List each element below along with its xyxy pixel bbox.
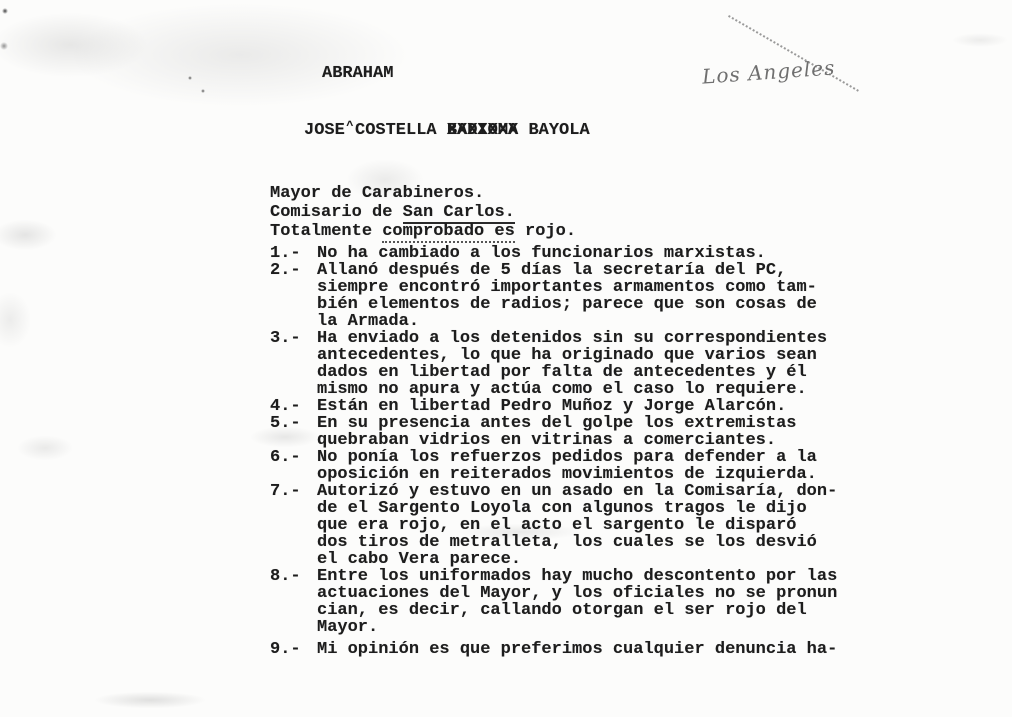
rank-line: Mayor de Carabineros. bbox=[270, 184, 837, 203]
text-line: actuaciones del Mayor, y los oficiales n… bbox=[317, 585, 837, 602]
title-block: Mayor de Carabineros. Comisario de San C… bbox=[270, 184, 837, 241]
text-line: siempre encontró importantes armamentos … bbox=[317, 279, 817, 296]
item-text: Entre los uniformados hay mucho desconte… bbox=[317, 568, 837, 636]
item-number: 3.- bbox=[270, 330, 317, 398]
document-content: ABRAHAM JOSE^COSTELLA BADIOMAXXXXXXX BAY… bbox=[270, 26, 837, 658]
text-line: de el Sargento Loyola con algunos tragos… bbox=[317, 500, 837, 517]
verdict-line: Totalmente comprobado es rojo. bbox=[270, 222, 837, 241]
verdict-underlined: comprobado es bbox=[382, 222, 515, 243]
text-line: antecedentes, lo que ha originado que va… bbox=[317, 347, 827, 364]
text-line: oposición en reiterados movimientos de i… bbox=[317, 466, 817, 483]
underlined-place: San Carlos. bbox=[403, 203, 515, 224]
list-item: 5.-En su presencia antes del golpe los e… bbox=[270, 415, 837, 449]
text-line: bién elementos de radios; parece que son… bbox=[317, 296, 817, 313]
item-number: 7.- bbox=[270, 483, 317, 568]
item-text: Están en libertad Pedro Muñoz y Jorge Al… bbox=[317, 398, 786, 415]
text-line: No ponía los refuerzos pedidos para defe… bbox=[317, 449, 817, 466]
inserted-name: ABRAHAM bbox=[322, 64, 837, 83]
text-line: el cabo Vera parece. bbox=[317, 551, 837, 568]
last-name: BAYOLA bbox=[528, 121, 589, 140]
name-line: JOSE^COSTELLA BADIOMAXXXXXXX BAYOLA bbox=[304, 121, 837, 141]
text-line: la Armada. bbox=[317, 313, 817, 330]
item-text: En su presencia antes del golpe los extr… bbox=[317, 415, 796, 449]
list-item: 9.-Mi opinión es que preferimos cualquie… bbox=[270, 641, 837, 658]
item-text: No ponía los refuerzos pedidos para defe… bbox=[317, 449, 817, 483]
text-line: que era rojo, en el acto el sargento le … bbox=[317, 517, 837, 534]
text-line: Están en libertad Pedro Muñoz y Jorge Al… bbox=[317, 398, 786, 415]
item-text: Autorizó y estuvo en un asado en la Comi… bbox=[317, 483, 837, 568]
text-line: Autorizó y estuvo en un asado en la Comi… bbox=[317, 483, 837, 500]
item-text: No ha cambiado a los funcionarios marxis… bbox=[317, 245, 766, 262]
overstruck-word: BADIOMAXXXXXXX bbox=[447, 121, 518, 140]
post-line: Comisario de San Carlos. bbox=[270, 203, 837, 222]
text-line: dados en libertad por falta de anteceden… bbox=[317, 364, 827, 381]
item-number: 8.- bbox=[270, 568, 317, 636]
verdict-suffix: rojo. bbox=[515, 222, 576, 241]
item-number: 1.- bbox=[270, 245, 317, 262]
insertion-caret-icon: ^ bbox=[345, 117, 355, 136]
middle-name: COSTELLA bbox=[355, 121, 437, 140]
text-line: dos tiros de metralleta, los cuales se l… bbox=[317, 534, 837, 551]
verdict-prefix: Totalmente bbox=[270, 222, 382, 241]
text-line: No ha cambiado a los funcionarios marxis… bbox=[317, 245, 766, 262]
text-line: mismo no apura y actúa como el caso lo r… bbox=[317, 381, 827, 398]
name-block: ABRAHAM JOSE^COSTELLA BADIOMAXXXXXXX BAY… bbox=[270, 26, 837, 179]
item-number: 2.- bbox=[270, 262, 317, 330]
text-line: En su presencia antes del golpe los extr… bbox=[317, 415, 796, 432]
list-item: 2.-Allanó después de 5 días la secretarí… bbox=[270, 262, 837, 330]
item-number: 5.- bbox=[270, 415, 317, 449]
text-line: Ha enviado a los detenidos sin su corres… bbox=[317, 330, 827, 347]
list-item: 3.-Ha enviado a los detenidos sin su cor… bbox=[270, 330, 837, 398]
post-prefix: Comisario de bbox=[270, 203, 403, 222]
text-line: Mayor. bbox=[317, 619, 837, 636]
scanned-document-page: Los Angeles ABRAHAM JOSE^COSTELLA BADIOM… bbox=[0, 0, 1012, 717]
list-item: 6.-No ponía los refuerzos pedidos para d… bbox=[270, 449, 837, 483]
item-number: 4.- bbox=[270, 398, 317, 415]
item-text: Allanó después de 5 días la secretaría d… bbox=[317, 262, 817, 330]
text-line: Mi opinión es que preferimos cualquier d… bbox=[317, 641, 837, 658]
list-item: 1.-No ha cambiado a los funcionarios mar… bbox=[270, 245, 837, 262]
item-text: Ha enviado a los detenidos sin su corres… bbox=[317, 330, 827, 398]
list-item: 8.-Entre los uniformados hay mucho desco… bbox=[270, 568, 837, 636]
list-item: 4.-Están en libertad Pedro Muñoz y Jorge… bbox=[270, 398, 837, 415]
first-name: JOSE bbox=[304, 121, 345, 140]
text-line: Entre los uniformados hay mucho desconte… bbox=[317, 568, 837, 585]
item-text: Mi opinión es que preferimos cualquier d… bbox=[317, 641, 837, 658]
text-line: Allanó después de 5 días la secretaría d… bbox=[317, 262, 817, 279]
overstrike-x-marks: XXXXXXX bbox=[447, 121, 518, 140]
list-item: 7.-Autorizó y estuvo en un asado en la C… bbox=[270, 483, 837, 568]
item-number: 9.- bbox=[270, 641, 317, 658]
item-number: 6.- bbox=[270, 449, 317, 483]
text-line: cian, es decir, callando otorgan el ser … bbox=[317, 602, 837, 619]
numbered-list: 1.-No ha cambiado a los funcionarios mar… bbox=[270, 245, 837, 658]
text-line: quebraban vidrios en vitrinas a comercia… bbox=[317, 432, 796, 449]
